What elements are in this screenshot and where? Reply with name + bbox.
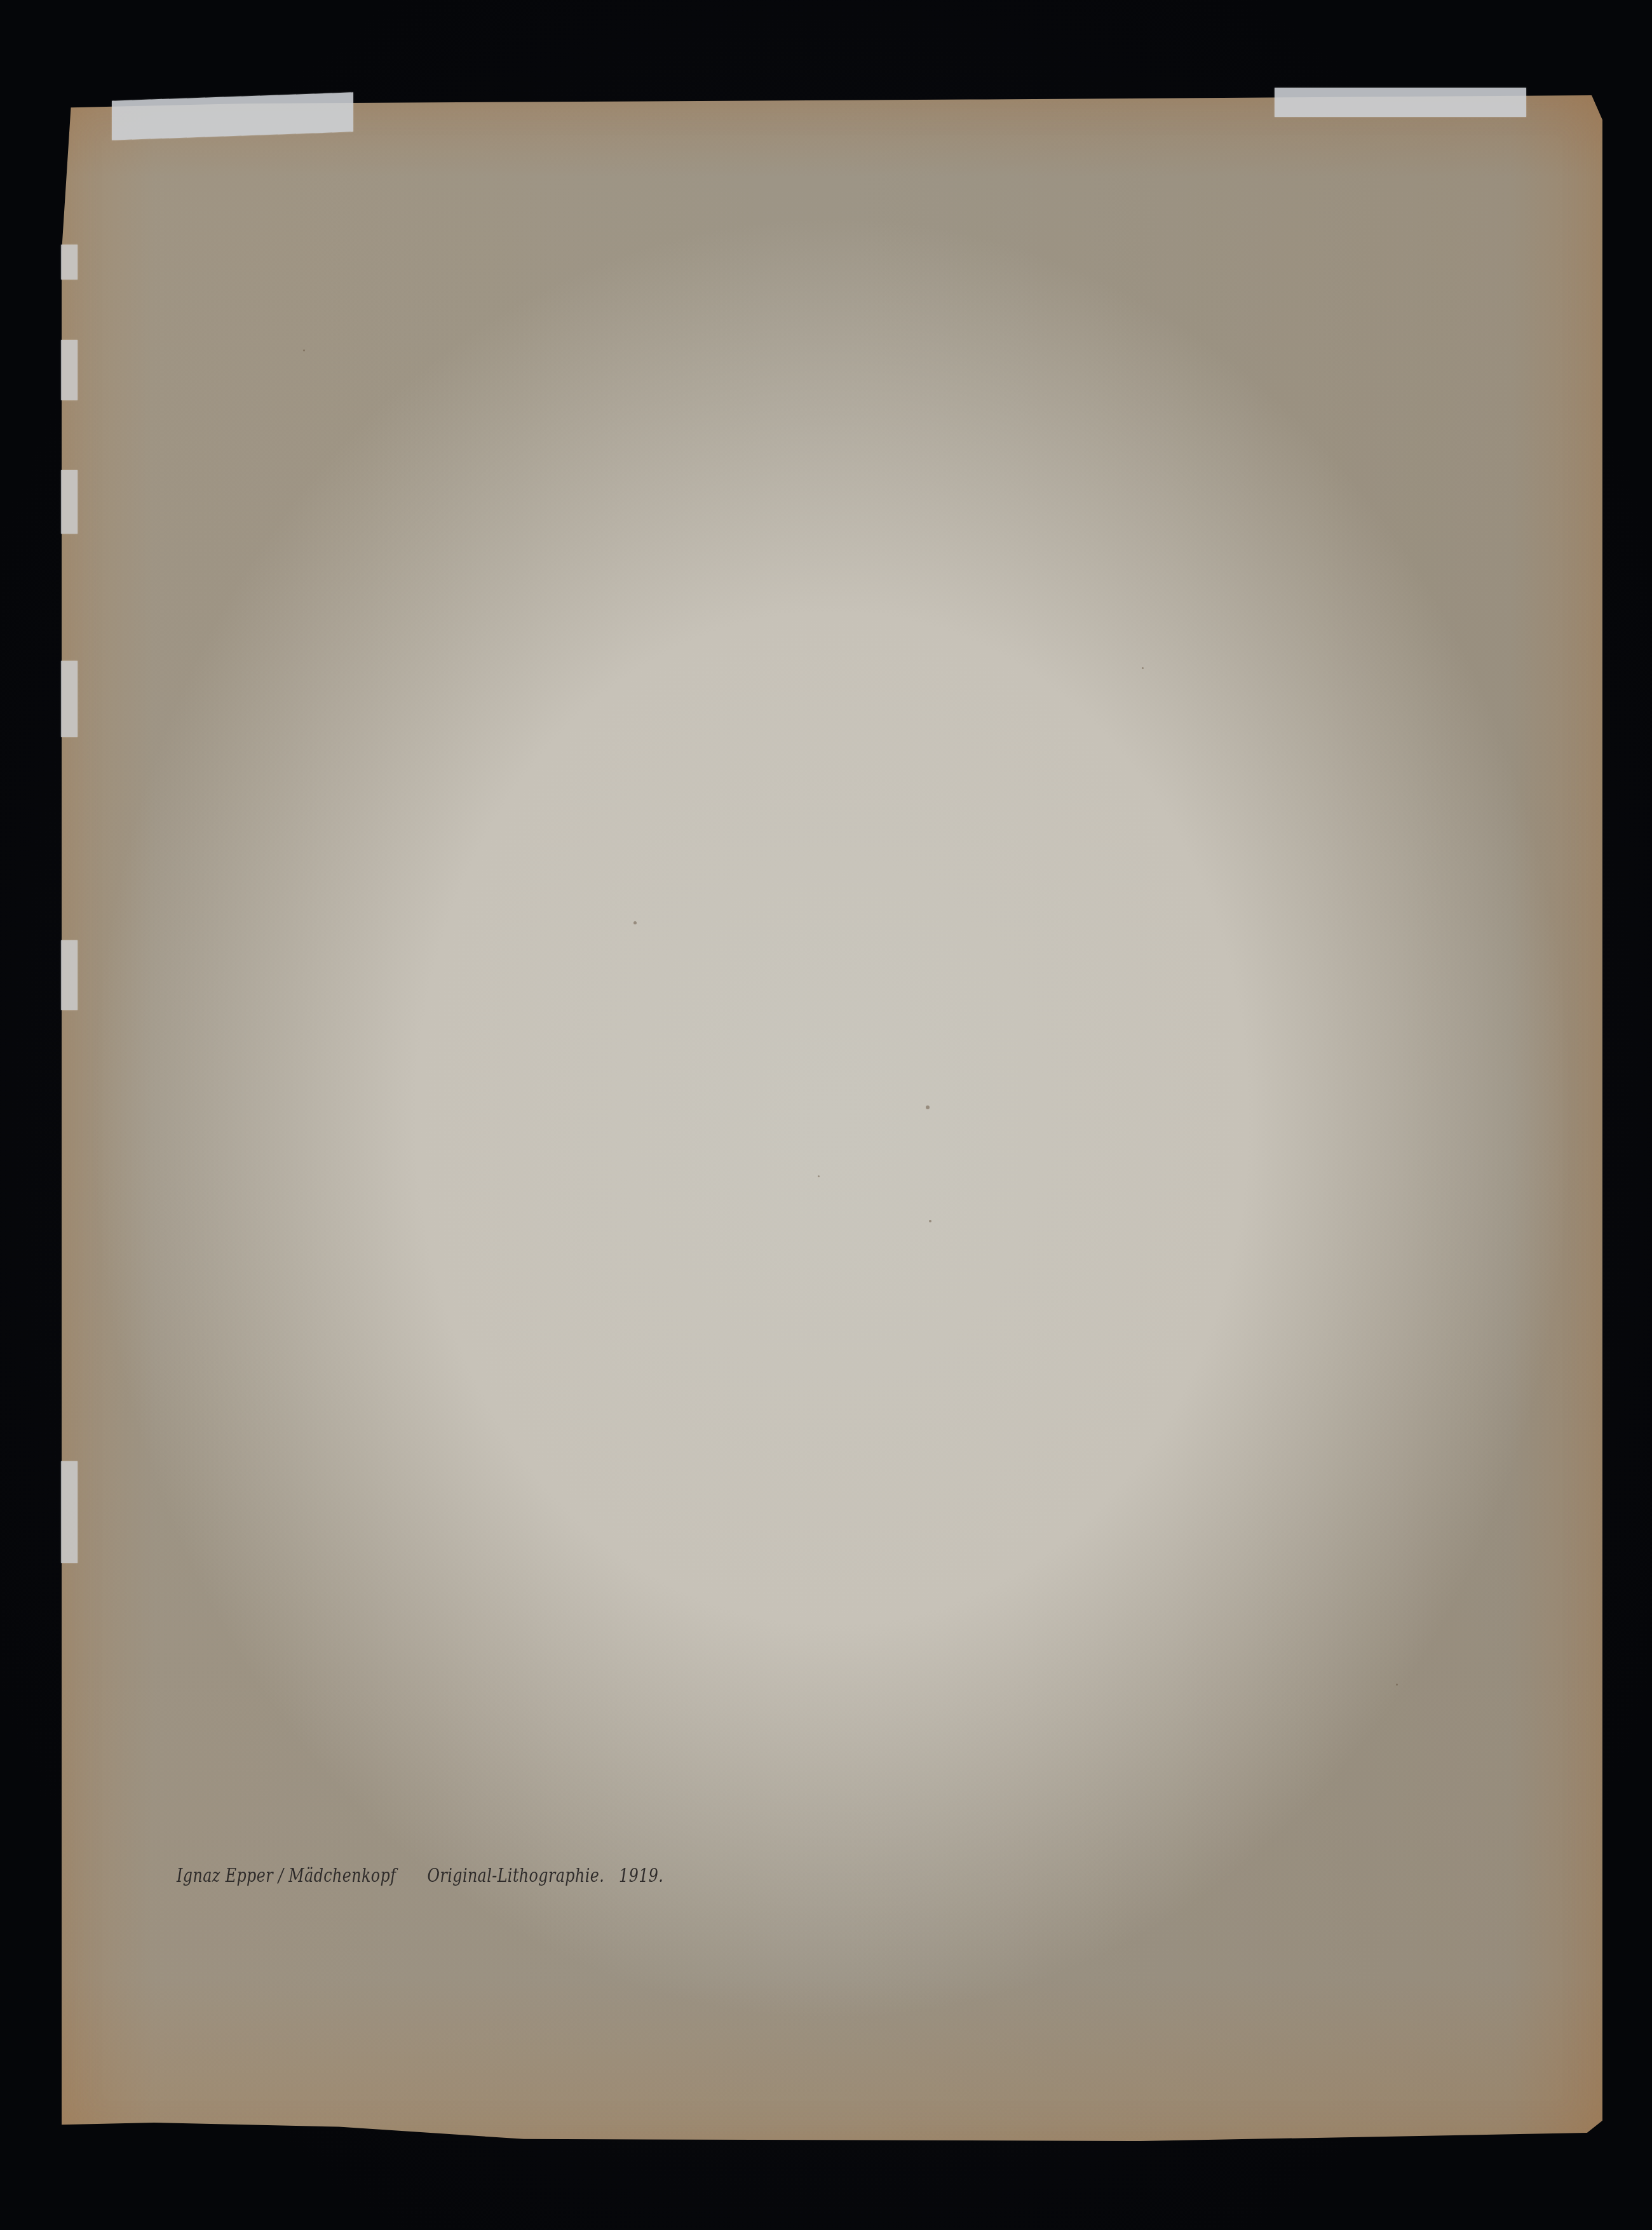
paper-speck — [1396, 1684, 1398, 1686]
tape-strip-left-edge — [61, 940, 78, 1010]
paper-speck — [929, 1220, 931, 1222]
paper-speck — [818, 1175, 820, 1177]
tape-strip-left-edge — [61, 661, 78, 737]
tape-strip-left-edge — [61, 1461, 78, 1563]
paper-speck — [926, 1105, 930, 1109]
print-caption: Ignaz Epper / MädchenkopfOriginal-Lithog… — [177, 1865, 663, 1886]
tape-strip-left-edge — [61, 470, 78, 534]
caption-technique: Original-Lithographie. — [428, 1865, 605, 1886]
tape-strip-left-edge — [61, 245, 78, 280]
paper-speck — [1142, 667, 1144, 669]
caption-year: 1919. — [619, 1865, 663, 1886]
tape-strip-top-left — [112, 92, 353, 140]
tape-strip-left-edge — [61, 340, 78, 400]
paper-speck — [303, 349, 305, 351]
photo-background: Ignaz Epper / MädchenkopfOriginal-Lithog… — [0, 0, 1652, 2230]
tape-strip-top-right — [1275, 88, 1526, 117]
paper-speck — [633, 921, 637, 924]
paper-sheet — [62, 95, 1602, 2141]
caption-artist-title: Ignaz Epper / Mädchenkopf — [177, 1865, 396, 1886]
